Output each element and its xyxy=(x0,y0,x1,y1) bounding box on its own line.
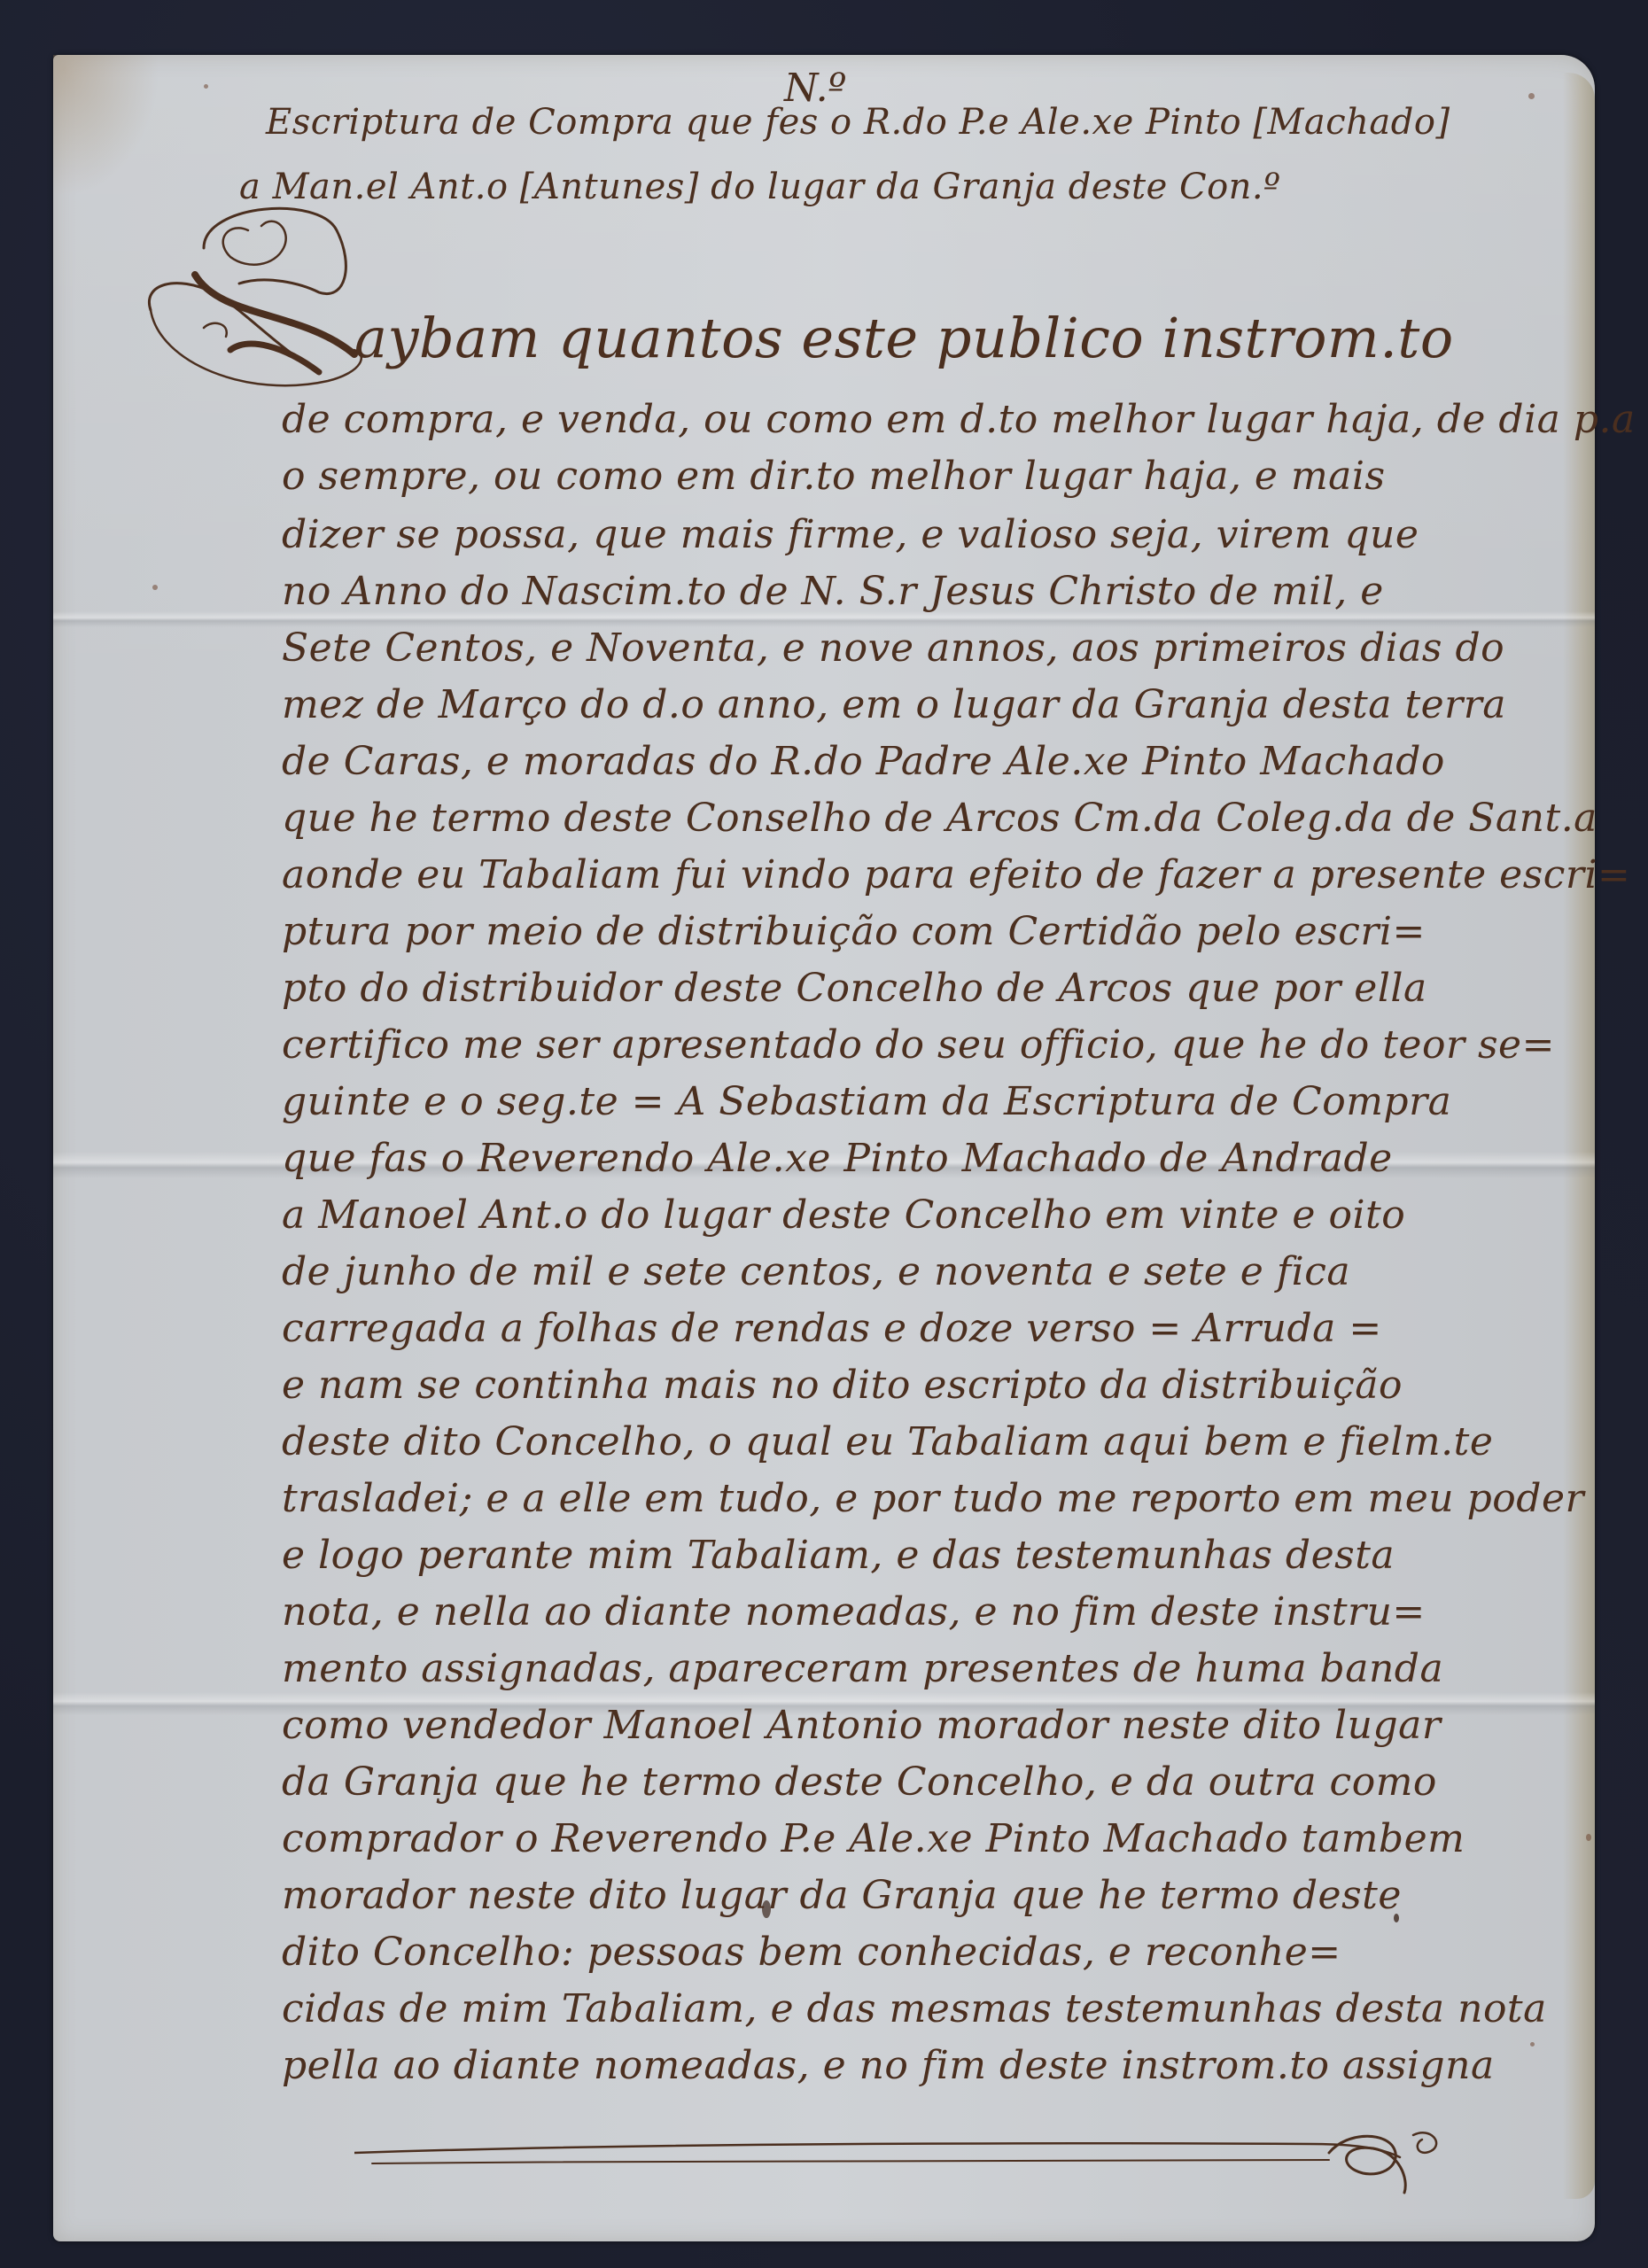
body-line: trasladei; e a elle em tudo, e por tudo … xyxy=(282,1476,1584,1521)
body-line: dizer se possa, que mais firme, e valios… xyxy=(282,512,1419,557)
body-line: que he termo deste Conselho de Arcos Cm.… xyxy=(282,796,1597,841)
foxing-spot xyxy=(1528,93,1535,99)
foxing-spot xyxy=(1586,1834,1591,1841)
body-line: mez de Março do d.o anno, em o lugar da … xyxy=(282,682,1506,727)
header-line-2: a Man.el Ant.o [Antunes] do lugar da Gra… xyxy=(239,167,1280,207)
body-line: pto do distribuidor deste Concelho de Ar… xyxy=(282,966,1427,1011)
body-line: nota, e nella ao diante nomeadas, e no f… xyxy=(282,1589,1426,1635)
body-line: de Caras, e moradas do R.do Padre Ale.xe… xyxy=(282,739,1445,784)
body-line: que fas o Reverendo Ale.xe Pinto Machado… xyxy=(282,1136,1393,1181)
body-line: cidas de mim Tabaliam, e das mesmas test… xyxy=(282,1986,1547,2031)
foxing-spot xyxy=(204,84,208,89)
body-line: aonde eu Tabaliam fui vindo para efeito … xyxy=(282,852,1630,897)
header-line-1: Escriptura de Compra que fes o R.do P.e … xyxy=(266,102,1450,143)
body-line: deste dito Concelho, o qual eu Tabaliam … xyxy=(282,1419,1493,1464)
decorated-initial-icon xyxy=(142,195,372,408)
foxing-spot xyxy=(152,585,158,590)
body-line: dito Concelho: pessoas bem conhecidas, e… xyxy=(282,1930,1341,1975)
body-line: mento assignadas, apareceram presentes d… xyxy=(282,1646,1443,1691)
body-line: de compra, e venda, ou como em d.to melh… xyxy=(282,397,1648,442)
body-line: e logo perante mim Tabaliam, e das teste… xyxy=(282,1533,1395,1578)
body-line: guinte e o seg.te = A Sebastiam da Escri… xyxy=(282,1079,1451,1124)
body-line: de junho de mil e sete centos, e noventa… xyxy=(282,1249,1350,1294)
body-line: o sempre, ou como em dir.to melhor lugar… xyxy=(282,454,1386,499)
body-line: no Anno do Nascim.to de N. S.r Jesus Chr… xyxy=(282,569,1384,614)
body-line: a Manoel Ant.o do lugar deste Concelho e… xyxy=(282,1192,1405,1238)
body-line: comprador o Reverendo P.e Ale.xe Pinto M… xyxy=(282,1816,1465,1861)
body-line: Sete Centos, e Noventa, e nove annos, ao… xyxy=(282,625,1504,671)
body-line: carregada a folhas de rendas e doze vers… xyxy=(282,1306,1382,1351)
foxing-spot xyxy=(1530,2042,1535,2047)
body-line: pella ao diante nomeadas, e no fim deste… xyxy=(282,2043,1495,2088)
body-line: morador neste dito lugar da Granja que h… xyxy=(282,1873,1402,1918)
body-line: da Granja que he termo deste Concelho, e… xyxy=(282,1759,1437,1805)
opening-line: aybam quantos este publico instrom.to xyxy=(354,306,1454,370)
body-line: ptura por meio de distribuição com Certi… xyxy=(282,909,1426,954)
closing-flourish-icon xyxy=(354,2117,1506,2197)
body-line: como vendedor Manoel Antonio morador nes… xyxy=(282,1703,1441,1748)
body-line: e nam se continha mais no dito escripto … xyxy=(282,1363,1403,1408)
body-line: certifico me ser apresentado do seu offi… xyxy=(282,1022,1555,1068)
